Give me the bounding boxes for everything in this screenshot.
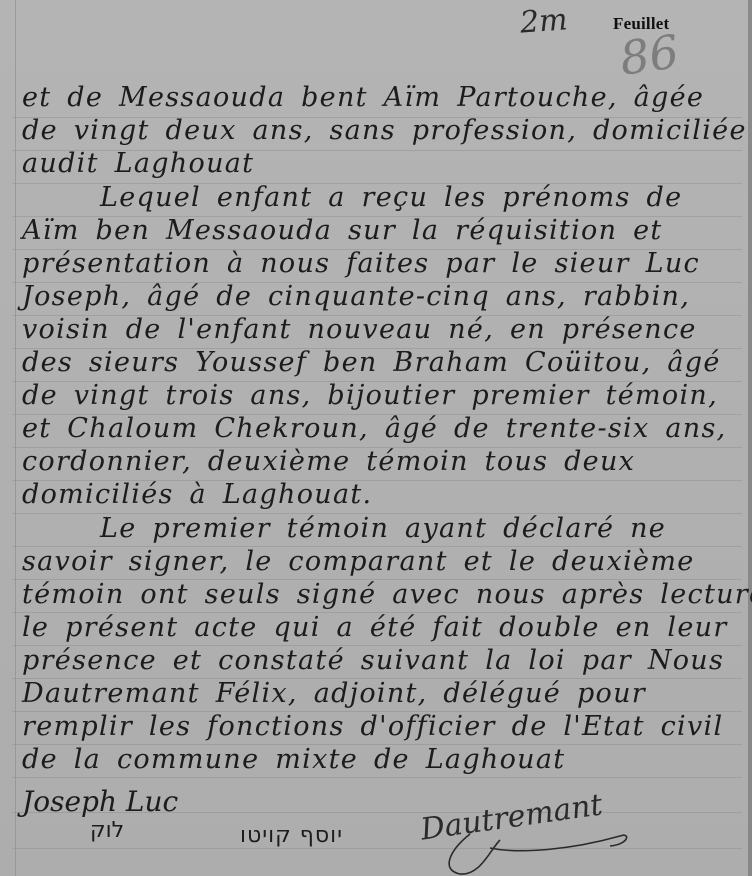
text-line: domiciliés à Laghouat. bbox=[22, 479, 372, 510]
signature-joseph-luc: Joseph Luc bbox=[22, 785, 178, 818]
text-line: remplir les fonctions d'officier de l'Et… bbox=[22, 711, 723, 742]
text-line: Le premier témoin ayant déclaré ne bbox=[100, 513, 666, 544]
ruled-line bbox=[12, 777, 742, 778]
register-mark: 2m bbox=[519, 2, 569, 40]
page-edge bbox=[748, 0, 752, 876]
text-line: de la commune mixte de Laghouat bbox=[22, 744, 565, 775]
signature-flourish-icon bbox=[430, 830, 640, 876]
text-line: le présent acte qui a été fait double en… bbox=[22, 612, 728, 643]
text-line: des sieurs Youssef ben Braham Coüitou, â… bbox=[22, 347, 721, 378]
folio-number: 86 bbox=[617, 24, 682, 86]
signature-hebrew-witness: יוסף קויטו bbox=[240, 823, 343, 848]
text-line: Joseph, âgé de cinquante-cinq ans, rabbi… bbox=[22, 281, 690, 312]
text-line: et Chaloum Chekroun, âgé de trente-six a… bbox=[22, 413, 727, 444]
text-line: de vingt deux ans, sans profession, domi… bbox=[22, 115, 747, 146]
text-line: Lequel enfant a reçu les prénoms de bbox=[100, 182, 682, 213]
text-line: Dautremant Félix, adjoint, délégué pour bbox=[22, 678, 646, 709]
register-page: 2m Feuillet 86 et de Messaouda bent Aïm … bbox=[0, 0, 752, 876]
text-line: et de Messaouda bent Aïm Partouche, âgée bbox=[22, 82, 704, 113]
text-line: voisin de l'enfant nouveau né, en présen… bbox=[22, 314, 697, 345]
text-line: de vingt trois ans, bijoutier premier té… bbox=[22, 380, 718, 411]
text-line: savoir signer, le comparant et le deuxiè… bbox=[22, 546, 695, 577]
signature-hebrew-initials: לוק bbox=[90, 818, 124, 843]
text-line: présentation à nous faites par le sieur … bbox=[22, 248, 700, 279]
text-line: présence et constaté suivant la loi par … bbox=[22, 645, 724, 676]
text-line: audit Laghouat bbox=[22, 148, 254, 179]
text-line: Aïm ben Messaouda sur la réquisition et bbox=[22, 215, 663, 246]
text-line: cordonnier, deuxième témoin tous deux bbox=[22, 446, 635, 477]
text-line: témoin ont seuls signé avec nous après l… bbox=[22, 579, 752, 610]
